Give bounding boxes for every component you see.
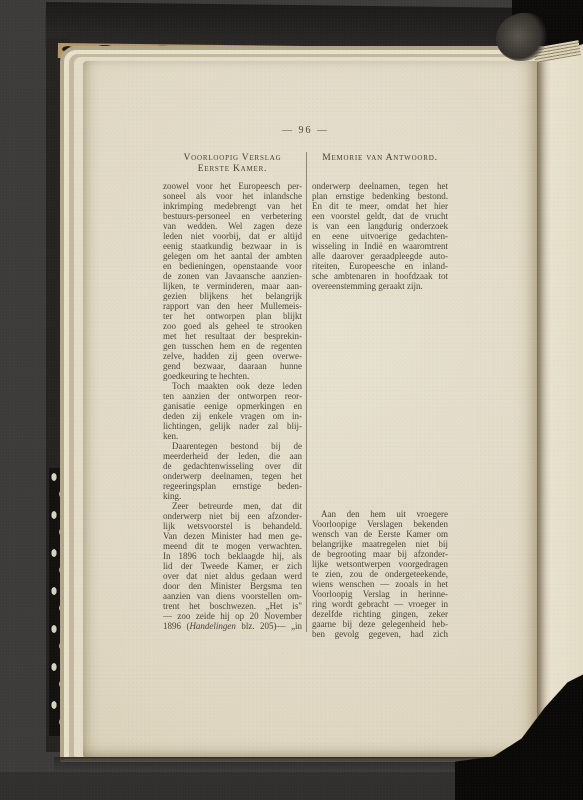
header-line: Memorie van Antwoord. xyxy=(312,153,448,164)
text-line: Zeer betreurde men, dat dit xyxy=(163,501,302,511)
column-divider-rule xyxy=(306,152,307,632)
text-line: lijken, te verminderen, maar aan- xyxy=(163,281,302,291)
paragraph: Aan den hem uit vroegereVoorloopige Vers… xyxy=(312,509,448,639)
facing-page-sliver xyxy=(537,44,583,744)
header-line: Voorloopig Verslag xyxy=(163,153,302,164)
text-line: ben gevolg gegeven, had zich xyxy=(312,629,448,639)
text-line: deden zij enkele vragen om in- xyxy=(163,411,302,421)
text-line: belangrijke maatregelen niet bij xyxy=(312,539,448,549)
text-line: dezelfde richting gingen, zeker xyxy=(312,609,448,619)
text-line: over dat niet aldus gedaan werd xyxy=(163,571,302,581)
text-line: en eene uitvoerige gedachten- xyxy=(312,231,448,241)
text-line: aanzien van diens voorstellen om- xyxy=(163,591,302,601)
text-line: ken. xyxy=(163,431,302,441)
text-line: met het resultaat der besprekin- xyxy=(163,331,302,341)
text-line: En dit te meer, omdat het hier xyxy=(312,201,448,211)
text-line: en bedieningen, openstaande voor xyxy=(163,261,302,271)
paragraph: Zeer betreurde men, dat ditonderwerp nie… xyxy=(163,501,302,631)
text-line: ten aanzien der ontworpen reor- xyxy=(163,391,302,401)
text-line: Van dezen Minister had men ge- xyxy=(163,531,302,541)
right-column-header: Memorie van Antwoord. xyxy=(312,152,448,181)
text-line: lijk wetsvoorstel is behandeld. xyxy=(163,521,302,531)
paragraph: Toch maakten ook deze ledenten aanzien d… xyxy=(163,381,302,441)
text-line: plan ernstige bedenking bestond. xyxy=(312,191,448,201)
text-line: goedkeuring te hechten. xyxy=(163,371,302,381)
text-line: ter het ontworpen plan blijkt xyxy=(163,311,302,321)
column-memorie-van-antwoord: Memorie van Antwoord. onderwerp deelname… xyxy=(312,152,448,639)
text-line: riteiten, Europeesche en inland- xyxy=(312,261,448,271)
text-line: wiens wenschen — zooals in het xyxy=(312,579,448,589)
right-column-body: onderwerp deelnamen, tegen hetplan ernst… xyxy=(312,181,448,639)
text-line: te zien, zou de ondergeteekende, xyxy=(312,569,448,579)
text-line: 1896 (Handelingen blz. 205)— „in xyxy=(163,621,302,631)
text-line: wensch van de Eerste Kamer om xyxy=(312,529,448,539)
text-line: alle daarover geraadpleegde auto- xyxy=(312,251,448,261)
paragraph: Daarentegen bestond bij demeerderheid de… xyxy=(163,441,302,501)
text-line: zoowel voor het Europeesch per- xyxy=(163,181,302,191)
text-line: ganisatie eenige opmerkingen en xyxy=(163,401,302,411)
text-line: lid der Tweede Kamer, er zich xyxy=(163,561,302,571)
text-line: gen tusschen hem en de regenten xyxy=(163,341,302,351)
text-line: gelegen om het aantal der ambten xyxy=(163,251,302,261)
text-line: gezien blijkens het belangrijk xyxy=(163,291,302,301)
text-line: sche ambtenaren in hoofdzaak tot xyxy=(312,271,448,281)
text-line: ring wordt gebracht — vroeger in xyxy=(312,599,448,609)
text-line: leden niet voorbij, dat er altijd xyxy=(163,231,302,241)
page-number: — 96 — xyxy=(163,125,448,137)
column-voorloopig-verslag: Voorloopig Verslag Eerste Kamer. zoowel … xyxy=(163,152,302,631)
text-line: wisseling in Indië en waaromtrent xyxy=(312,241,448,251)
text-line: meerderheid der leden, die aan xyxy=(163,451,302,461)
text-line: inkrimping medebrengt van het xyxy=(163,201,302,211)
text-line: de begrooting maar bij afzonder- xyxy=(312,549,448,559)
text-line: lijke wetsontwerpen voorgedragen xyxy=(312,559,448,569)
text-line: soneel als voor het inlandsche xyxy=(163,191,302,201)
scan-background: — 96 — Voorloopig Verslag Eerste Kamer. … xyxy=(0,0,583,800)
text-line: zoo goed als geheel te strooken xyxy=(163,321,302,331)
text-line: — zoo zeide hij op 20 November xyxy=(163,611,302,621)
text-line: is van een langdurig onderzoek xyxy=(312,221,448,231)
paragraph: zoowel voor het Europeesch per-soneel al… xyxy=(163,181,302,381)
text-line: rapport van den heer Mullemeis- xyxy=(163,301,302,311)
book-page: — 96 — Voorloopig Verslag Eerste Kamer. … xyxy=(83,61,537,757)
text-line: overeenstemming geraakt zijn. xyxy=(312,281,448,291)
text-line: bestuurs-personeel en verbetering xyxy=(163,211,302,221)
text-line: trent het boschwezen. „Het is" xyxy=(163,601,302,611)
text-line: onderwerp deelnamen, tegen het xyxy=(312,181,448,191)
text-line: eenig staatkundig bezwaar in is xyxy=(163,241,302,251)
text-line: gaarne bij deze gelegenheid heb- xyxy=(312,619,448,629)
text-line: lichtingen, gelijk nader zal blij- xyxy=(163,421,302,431)
left-column-body: zoowel voor het Europeesch per-soneel al… xyxy=(163,181,302,631)
text-line: Voorloopige Verslagen bekenden xyxy=(312,519,448,529)
text-line: In 1896 toch beklaagde hij, als xyxy=(163,551,302,561)
text-line: onderwerp deelnamen, tegen het xyxy=(163,471,302,481)
text-line: Aan den hem uit vroegere xyxy=(312,509,448,519)
text-line: onderwerp niet bij een afzonder- xyxy=(163,511,302,521)
text-line: Daarentegen bestond bij de xyxy=(163,441,302,451)
text-line: Toch maakten ook deze leden xyxy=(163,381,302,391)
text-line: een voorstel geldt, dat de vrucht xyxy=(312,211,448,221)
text-line: Voorloopig Verslag in herinne- xyxy=(312,589,448,599)
text-line: regeeringsplan ernstige beden- xyxy=(163,481,302,491)
text-line: door den Minister Bergsma ten xyxy=(163,581,302,591)
text-line: van wedden. Wel zagen deze xyxy=(163,221,302,231)
text-line: gend bezwaar, daaraan hunne xyxy=(163,361,302,371)
text-line: meend dit te mogen verwachten. xyxy=(163,541,302,551)
text-line: zelve, hadden zij geen overwe- xyxy=(163,351,302,361)
paragraph: onderwerp deelnamen, tegen hetplan ernst… xyxy=(312,181,448,291)
text-line: de gedachtenwisseling over dit xyxy=(163,461,302,471)
text-line: de zonen van Javaansche aanzien- xyxy=(163,271,302,281)
left-column-header: Voorloopig Verslag Eerste Kamer. xyxy=(163,152,302,181)
header-line: Eerste Kamer. xyxy=(163,164,302,175)
text-line: king. xyxy=(163,491,302,501)
